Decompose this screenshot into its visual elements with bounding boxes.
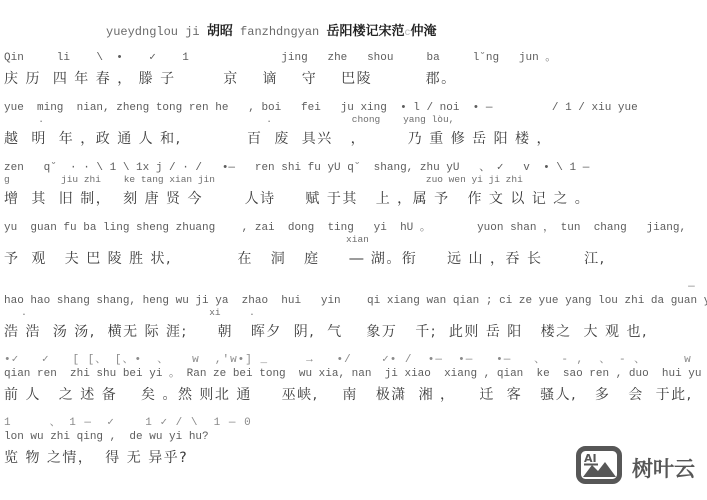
title-hanzi-2: 岳阳楼记宋范 bbox=[326, 24, 404, 39]
pinyin-sub-row: xian bbox=[4, 235, 707, 245]
text-line-3: zen q˘ · · \ 1 \ 1x j / · / •― ren shi f… bbox=[4, 161, 707, 209]
watermark: AI 树叶云 bbox=[575, 445, 695, 490]
hanzi-row: 庆 历 四 年 春 ， 滕 子 京 谪 守 巴陵 郡。 bbox=[4, 70, 707, 89]
pinyin-row: lon wu zhi qing , de wu yi hu? bbox=[4, 430, 707, 444]
tone-mark-row: •✓ ✓ [ [、 [、• 、 w ,'w•] _ → •/ ✓• / •― •… bbox=[4, 354, 707, 367]
document-page: yueydnglou ji 胡昭 fanzhdngyan 岳阳楼记宋范c仲淹 Q… bbox=[0, 0, 707, 500]
text-line-6: •✓ ✓ [ [、 [、• 、 w ,'w•] _ → •/ ✓• / •― •… bbox=[4, 354, 707, 405]
ai-icon-label: AI bbox=[584, 452, 597, 465]
pinyin-sub-row: . . chong yang lòu, bbox=[4, 115, 707, 125]
title-hanzi-3: 仲淹 bbox=[411, 24, 437, 39]
pinyin-row: qian ren zhi shu bei yi 。 Ran ze bei ton… bbox=[4, 367, 707, 381]
hanzi-row: 浩 浩 汤 汤, 横无 际 涯; 朝 晖夕 阴, 气 象万 千; 此则 岳 阳 … bbox=[4, 323, 707, 342]
title-hanzi-1: 胡昭 bbox=[207, 24, 233, 39]
hanzi-row: 予 观 夫 巴 陵 胜 状, 在 洞 庭 ― 湖。衔 远 山 ，吞 长 江, bbox=[4, 250, 707, 269]
tone-mark-row: ― . bbox=[4, 281, 707, 294]
pinyin-sub-row: . xi . bbox=[4, 308, 707, 318]
hanzi-row: 增 其 旧 制， 刻 唐 贤 今 人诗 赋 于其 上 ，属 予 作 文 以 记 … bbox=[4, 190, 707, 209]
text-line-2: yue ming nian, zheng tong ren he , boi f… bbox=[4, 101, 707, 149]
title-pinyin-1: yueydnglou ji bbox=[106, 25, 207, 39]
pinyin-row: yu guan fu ba ling sheng zhuang , zai do… bbox=[4, 221, 707, 235]
pinyin-row: zen q˘ · · \ 1 \ 1x j / · / •― ren shi f… bbox=[4, 161, 707, 175]
pinyin-row: hao hao shang shang, heng wu ji ya zhao … bbox=[4, 294, 707, 308]
hanzi-row: 前 人 之 述 备 矣 。然 则北 通 巫峡, 南 极潇 湘 ， 迁 客 骚人,… bbox=[4, 386, 707, 405]
watermark-text: 树叶云 bbox=[632, 453, 695, 483]
document-title: yueydnglou ji 胡昭 fanzhdngyan 岳阳楼记宋范c仲淹 bbox=[106, 20, 707, 39]
text-line-1: Qin li \ • ✓ 1 jing zhe shou ba l˘ng jun… bbox=[4, 51, 707, 89]
ai-image-icon: AI bbox=[575, 445, 623, 490]
text-body: Qin li \ • ✓ 1 jing zhe shou ba l˘ng jun… bbox=[4, 51, 707, 468]
pinyin-sub-row: g jiu zhi ke tang xian jin zuo wen yi ji… bbox=[4, 175, 707, 185]
tone-mark-row: 1 、 1 ― ✓ 1 ✓ / \ 1 ― 0 bbox=[4, 417, 707, 430]
title-pinyin-2: fanzhdngyan bbox=[233, 25, 327, 39]
hanzi-row: 越 明 年 ，政 通 人 和, 百 废 具兴 ， 乃 重 修 岳 阳 楼 ， bbox=[4, 130, 707, 149]
pinyin-row: yue ming nian, zheng tong ren he , boi f… bbox=[4, 101, 707, 115]
pinyin-row: Qin li \ • ✓ 1 jing zhe shou ba l˘ng jun… bbox=[4, 51, 707, 65]
text-line-5: ― . hao hao shang shang, heng wu ji ya z… bbox=[4, 281, 707, 342]
text-line-4: yu guan fu ba ling sheng zhuang , zai do… bbox=[4, 221, 707, 269]
